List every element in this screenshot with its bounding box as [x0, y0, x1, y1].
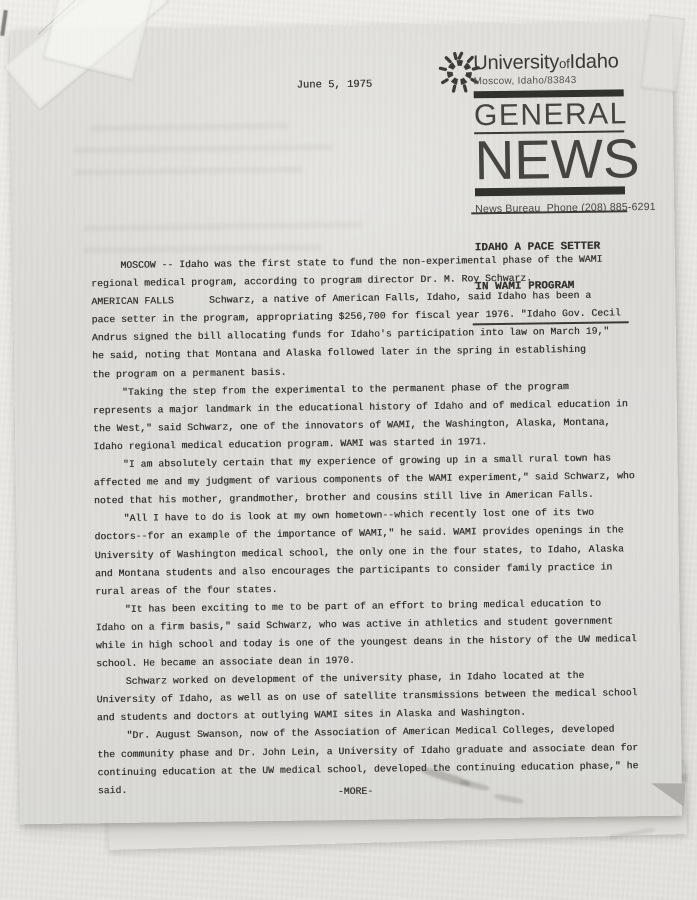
logo-org-name: UniversityofIdaho	[473, 51, 619, 73]
ghost-text-line	[89, 123, 289, 132]
masthead-title-general: GENERAL	[474, 99, 624, 131]
pencil-squiggle	[609, 828, 655, 840]
ghost-text-line	[83, 244, 323, 253]
scan-edge-mark	[0, 10, 8, 36]
ghost-text-line	[74, 167, 304, 176]
logo-address: Moscow, Idaho/83843	[473, 75, 618, 87]
body-text: MOSCOW -- Idaho was the first state to f…	[91, 250, 639, 800]
dateline: June 5, 1975	[297, 79, 373, 92]
more-marker: -MORE-	[338, 786, 373, 797]
tape-top-right	[641, 14, 686, 92]
ghost-text-line	[82, 222, 362, 232]
ink-smudge	[494, 793, 525, 805]
logo-text: UniversityofIdaho Moscow, Idaho/83843	[473, 51, 619, 87]
general-news-masthead: GENERAL NEWS News Bureau Phone (208) 885…	[474, 89, 626, 215]
press-release-page: June 5, 1975 Universit	[10, 22, 682, 825]
ghost-text-line	[73, 144, 333, 153]
masthead-title-news: NEWS	[474, 134, 625, 185]
